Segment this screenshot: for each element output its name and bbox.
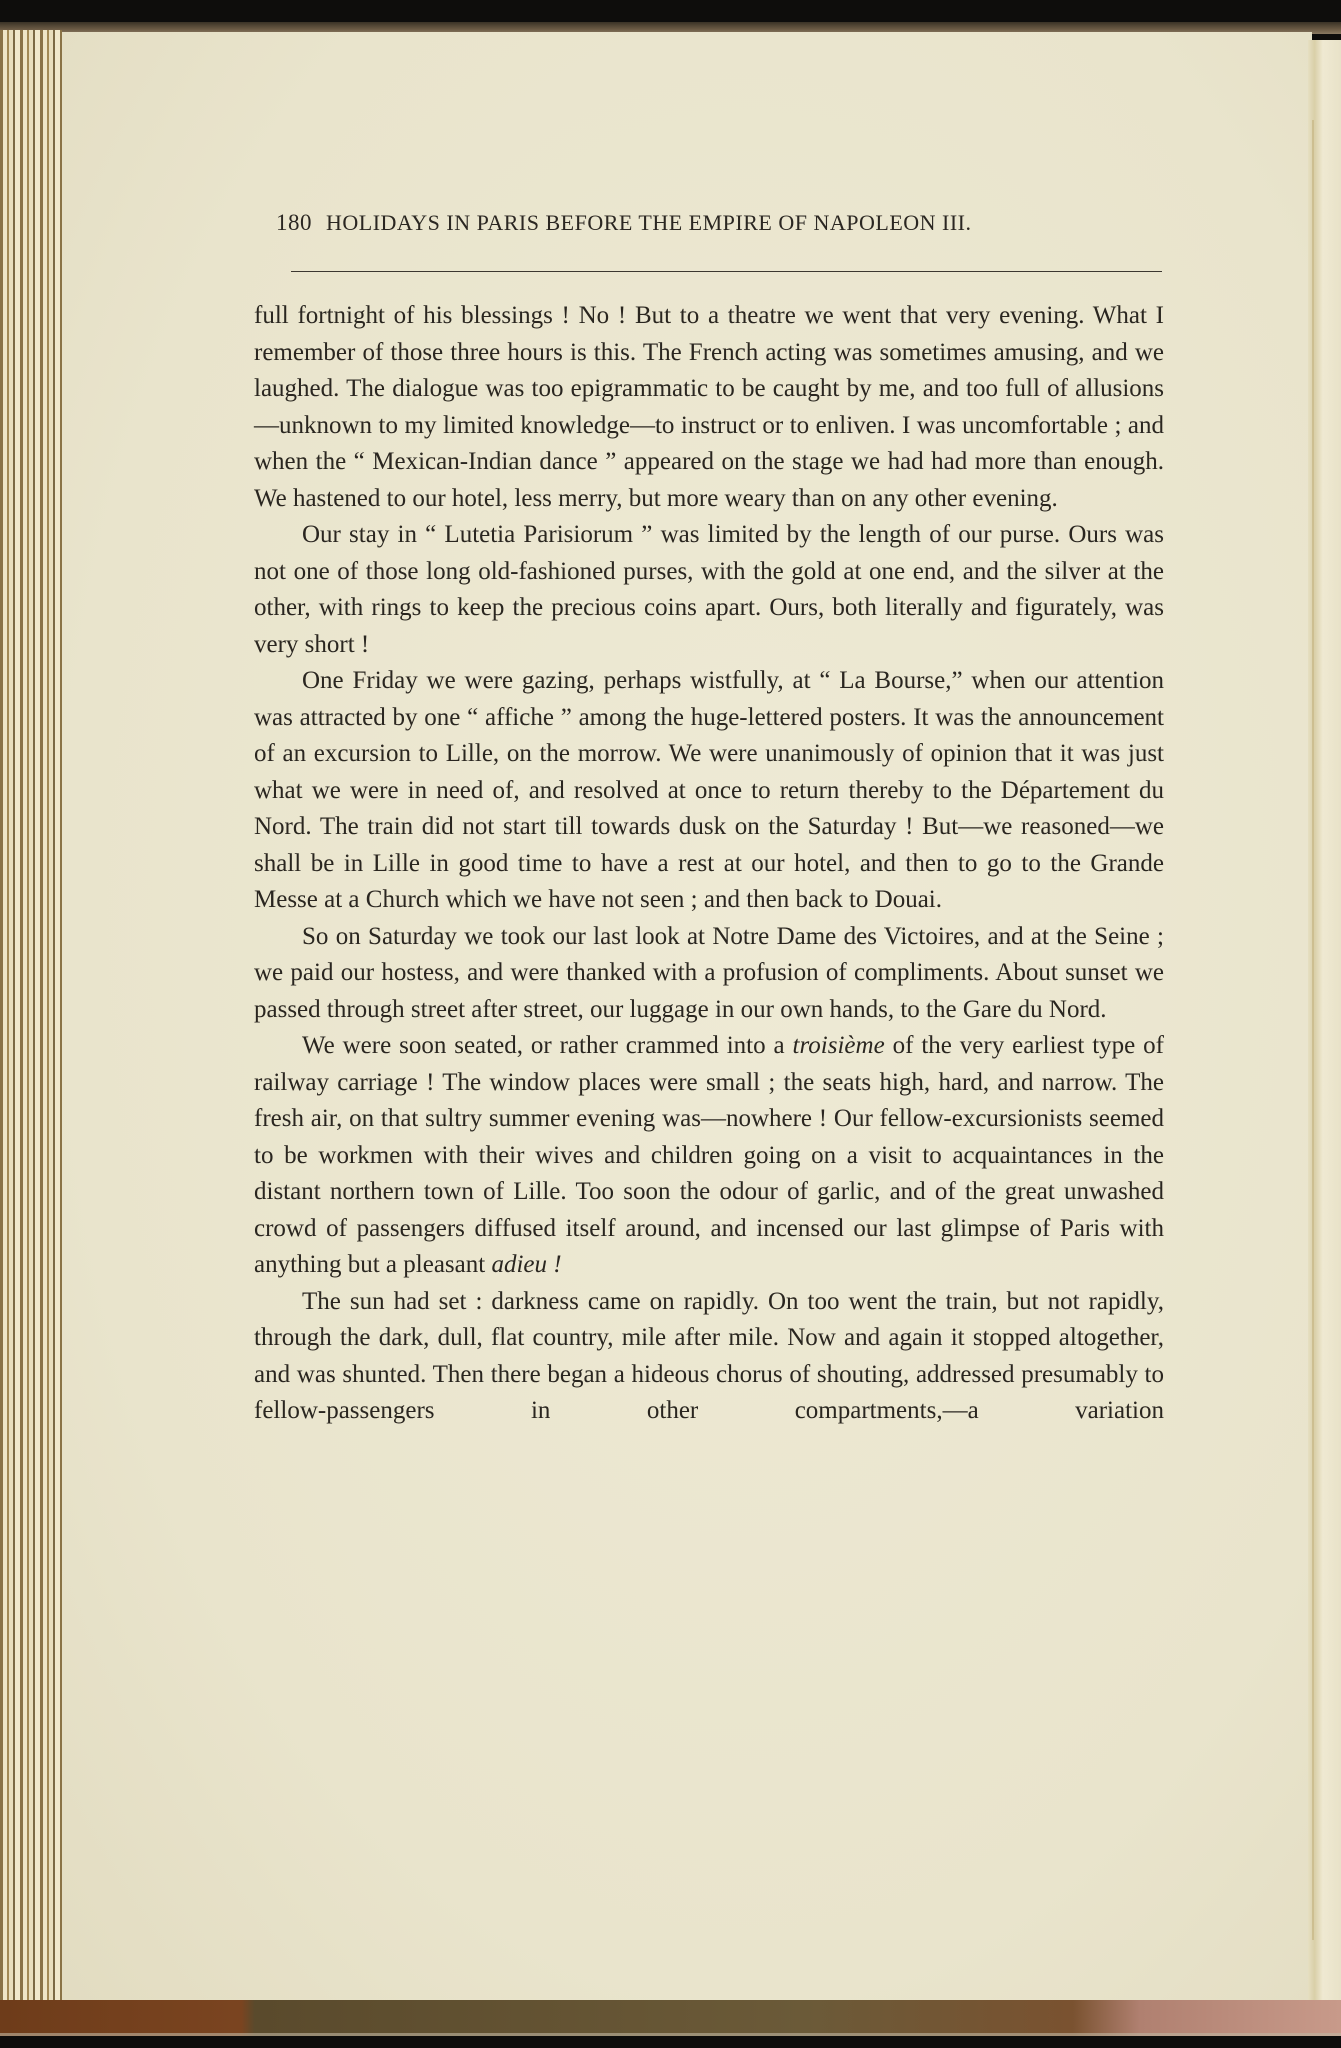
paragraph-6: The sun had set : darkness came on rapid… <box>254 1284 1164 1430</box>
paragraph-2: Our stay in “ Lutetia Parisiorum ” was l… <box>254 517 1164 663</box>
paragraph-5-body: of the very earliest type of railway car… <box>254 1032 1164 1278</box>
body-text: full fortnight of his blessings ! No ! B… <box>254 298 1164 1430</box>
paragraph-1: full fortnight of his blessings ! No ! B… <box>254 298 1164 517</box>
book-scan: 180 HOLIDAYS IN PARIS BEFORE THE EMPIRE … <box>0 0 1341 2048</box>
paragraph-5-lead: We were soon seated, or rather crammed i… <box>302 1032 793 1059</box>
italic-adieu: adieu ! <box>491 1251 561 1278</box>
book-cover-bottom-edge <box>0 2000 1341 2036</box>
page-number: 180 <box>276 210 312 235</box>
paragraph-3: One Friday we were gazing, perhaps wistf… <box>254 663 1164 919</box>
running-header: 180 HOLIDAYS IN PARIS BEFORE THE EMPIRE … <box>276 210 1156 236</box>
binding-gutter <box>1308 40 1341 2000</box>
page-edges-left <box>0 30 62 2002</box>
paragraph-4: So on Saturday we took our last look at … <box>254 919 1164 1029</box>
running-title: HOLIDAYS IN PARIS BEFORE THE EMPIRE OF N… <box>326 210 972 235</box>
paragraph-5: We were soon seated, or rather crammed i… <box>254 1028 1164 1284</box>
header-rule <box>291 271 1162 272</box>
italic-troisieme: troisième <box>793 1032 885 1059</box>
